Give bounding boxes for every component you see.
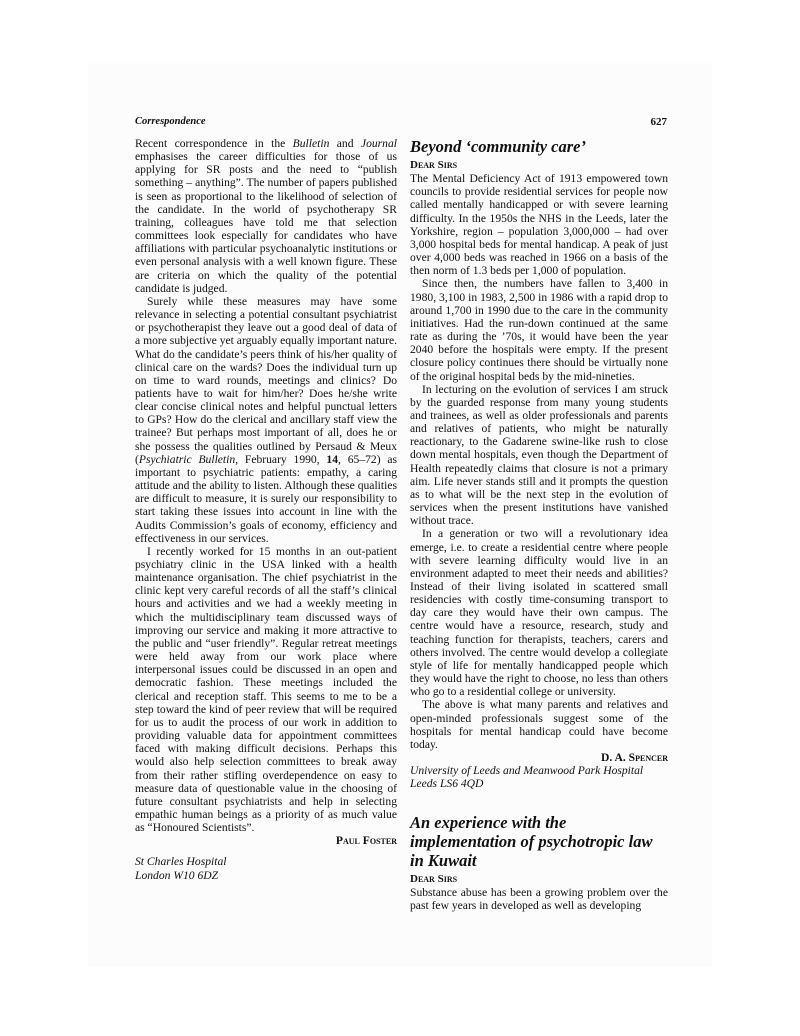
kuwait-paragraph-1: Substance abuse has been a growing probl… [410, 886, 668, 912]
beyond-paragraph-2: Since then, the numbers have fallen to 3… [410, 277, 668, 382]
beyond-address-line-2: Leeds LS6 4QD [410, 777, 668, 790]
left-paragraph-3: I recently worked for 15 months in an ou… [135, 545, 397, 834]
beyond-paragraph-4: In a generation or two will a revolution… [410, 527, 668, 698]
beyond-paragraph-1: The Mental Deficiency Act of 1913 empowe… [410, 172, 668, 277]
beyond-paragraph-3: In lecturing on the evolution of service… [410, 383, 668, 528]
salutation: Dear Sirs [410, 159, 668, 172]
page-number: 627 [651, 116, 668, 128]
spacer [410, 791, 668, 813]
spacer [135, 847, 397, 855]
address-line-2: London W10 6DZ [135, 869, 397, 882]
left-column: Recent correspondence in the Bulletin an… [135, 137, 397, 882]
running-head: Correspondence 627 [135, 116, 667, 130]
salutation: Dear Sirs [410, 873, 668, 886]
signature-paul-foster: Paul Foster [135, 834, 397, 847]
signature-d-a-spencer: D. A. Spencer [410, 751, 668, 764]
left-paragraph-1: Recent correspondence in the Bulletin an… [135, 137, 397, 295]
address-line-1: St Charles Hospital [135, 855, 397, 868]
letter-title-beyond-community-care: Beyond ‘community care’ [410, 137, 668, 156]
section-title: Correspondence [135, 116, 206, 127]
right-column: Beyond ‘community care’ Dear Sirs The Me… [410, 137, 668, 912]
beyond-address-line-1: University of Leeds and Meanwood Park Ho… [410, 764, 668, 777]
left-paragraph-2: Surely while these measures may have som… [135, 295, 397, 545]
letter-title-kuwait: An experience with the implementation of… [410, 813, 668, 870]
beyond-paragraph-5: The above is what many parents and relat… [410, 698, 668, 751]
